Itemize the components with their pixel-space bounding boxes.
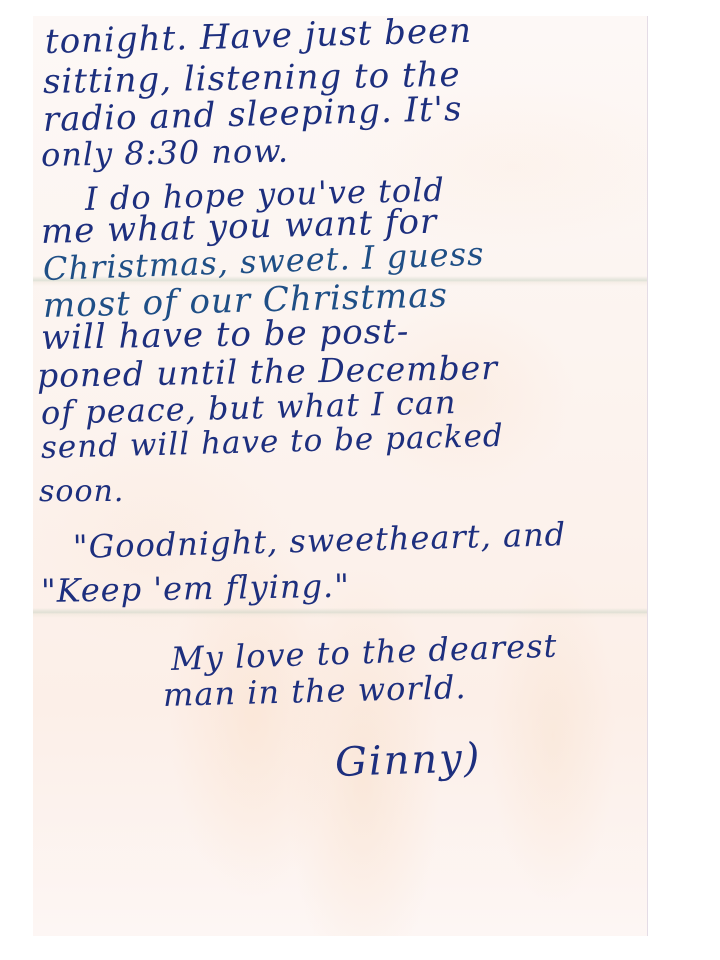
letter-line: "Keep 'em flying." [41,567,351,610]
closing-line: man in the world. [163,668,468,714]
letter-line: "Goodnight, sweetheart, and [73,515,567,566]
letter-line: soon. [39,474,124,509]
letter-line: only 8:30 now. [41,132,290,174]
paper-fold-line [33,608,647,618]
signature: Ginny) [334,735,482,786]
letter-line: tonight. Have just been [44,11,472,62]
letter-page: tonight. Have just been sitting, listeni… [33,16,648,936]
